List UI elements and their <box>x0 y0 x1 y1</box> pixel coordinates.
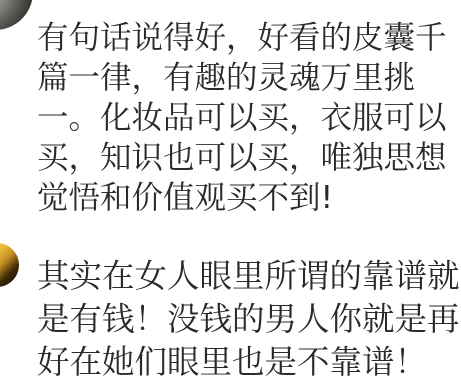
comment-line: 其实在女人眼里所谓的靠谱就 <box>37 255 460 298</box>
comment-text-1: 有句话说得好，好看的皮囊千 篇一律，有趣的灵魂万里挑 一。化妆品可以买，衣服可以… <box>37 18 447 218</box>
comments-screenshot: 有句话说得好，好看的皮囊千 篇一律，有趣的灵魂万里挑 一。化妆品可以买，衣服可以… <box>0 0 461 378</box>
comment-line: 一。化妆品可以买，衣服可以 <box>37 98 447 138</box>
comment-line: 觉悟和价值观买不到! <box>37 178 447 218</box>
comment-line: 买，知识也可以买，唯独思想 <box>37 138 447 178</box>
comment-line: 篇一律，有趣的灵魂万里挑 <box>37 58 447 98</box>
comment-text-2: 其实在女人眼里所谓的靠谱就 是有钱！没钱的男人你就是再 好在她们眼里也是不靠谱！ <box>37 255 460 378</box>
comment-line: 是有钱！没钱的男人你就是再 <box>37 298 460 341</box>
comment-line: 好在她们眼里也是不靠谱！ <box>37 341 460 378</box>
user-avatar-2[interactable] <box>0 243 19 287</box>
user-avatar-1[interactable] <box>0 0 33 30</box>
comment-line: 有句话说得好，好看的皮囊千 <box>37 18 447 58</box>
